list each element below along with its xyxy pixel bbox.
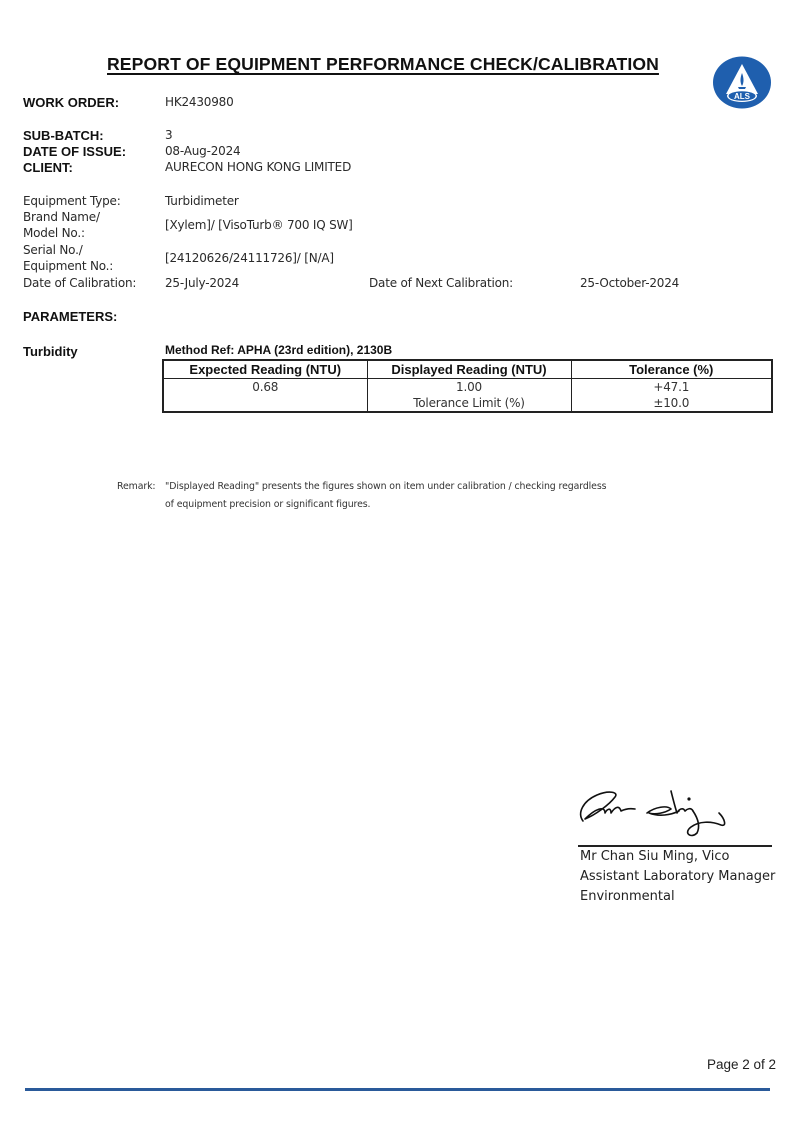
displayed-reading: 1.00	[367, 379, 571, 396]
calibration-table: Expected Reading (NTU) Displayed Reading…	[162, 359, 773, 413]
calibration-date-value: 25-July-2024	[165, 276, 239, 290]
als-logo-icon: ALS	[712, 56, 772, 109]
sub-batch-label: SUB-BATCH:	[23, 128, 104, 143]
signatory-department: Environmental	[580, 887, 675, 907]
tolerance-value: +47.1	[571, 379, 772, 396]
remark-label: Remark:	[117, 481, 155, 492]
equipment-type-label: Equipment Type:	[23, 194, 121, 209]
parameters-heading: PARAMETERS:	[23, 309, 117, 324]
next-calibration-label: Date of Next Calibration:	[369, 276, 513, 291]
svg-text:ALS: ALS	[734, 92, 751, 101]
equipment-no-label: Equipment No.:	[23, 259, 113, 274]
client-label: CLIENT:	[23, 160, 73, 175]
expected-reading: 0.68	[163, 379, 367, 396]
remark-line-1: "Displayed Reading" presents the figures…	[165, 481, 606, 492]
remark-line-2: of equipment precision or significant fi…	[165, 499, 370, 510]
brand-name-label: Brand Name/	[23, 210, 100, 225]
equipment-type-value: Turbidimeter	[165, 194, 239, 208]
brand-model-value: [Xylem]/ [VisoTurb® 700 IQ SW]	[165, 218, 353, 232]
footer-divider	[25, 1088, 770, 1091]
signatory-position: Assistant Laboratory Manager	[580, 867, 775, 887]
column-header-expected: Expected Reading (NTU)	[163, 360, 367, 379]
column-header-tolerance: Tolerance (%)	[571, 360, 772, 379]
serial-value: [24120626/24111726]/ [N/A]	[165, 251, 334, 265]
tolerance-limit-label: Tolerance Limit (%)	[367, 395, 571, 412]
sub-batch-value: 3	[165, 128, 172, 142]
signature-icon	[575, 783, 735, 841]
table-row: 0.68 1.00 +47.1	[163, 379, 772, 396]
next-calibration-value: 25-October-2024	[580, 276, 679, 290]
page-number: Page 2 of 2	[707, 1057, 776, 1072]
work-order-label: WORK ORDER:	[23, 95, 119, 110]
tolerance-limit-value: ±10.0	[571, 395, 772, 412]
table-header-row: Expected Reading (NTU) Displayed Reading…	[163, 360, 772, 379]
model-no-label: Model No.:	[23, 226, 85, 241]
work-order-value: HK2430980	[165, 95, 234, 109]
date-of-issue-value: 08-Aug-2024	[165, 144, 240, 158]
signatory-name: Mr Chan Siu Ming, Vico	[580, 847, 730, 867]
client-value: AURECON HONG KONG LIMITED	[165, 160, 351, 174]
date-of-issue-label: DATE OF ISSUE:	[23, 144, 126, 159]
method-reference: Method Ref: APHA (23rd edition), 2130B	[165, 343, 392, 357]
empty-cell	[163, 395, 367, 412]
table-row: Tolerance Limit (%) ±10.0	[163, 395, 772, 412]
parameter-name: Turbidity	[23, 344, 78, 359]
report-title: REPORT OF EQUIPMENT PERFORMANCE CHECK/CA…	[107, 54, 659, 75]
serial-no-label: Serial No./	[23, 243, 83, 258]
calibration-date-label: Date of Calibration:	[23, 276, 136, 291]
column-header-displayed: Displayed Reading (NTU)	[367, 360, 571, 379]
